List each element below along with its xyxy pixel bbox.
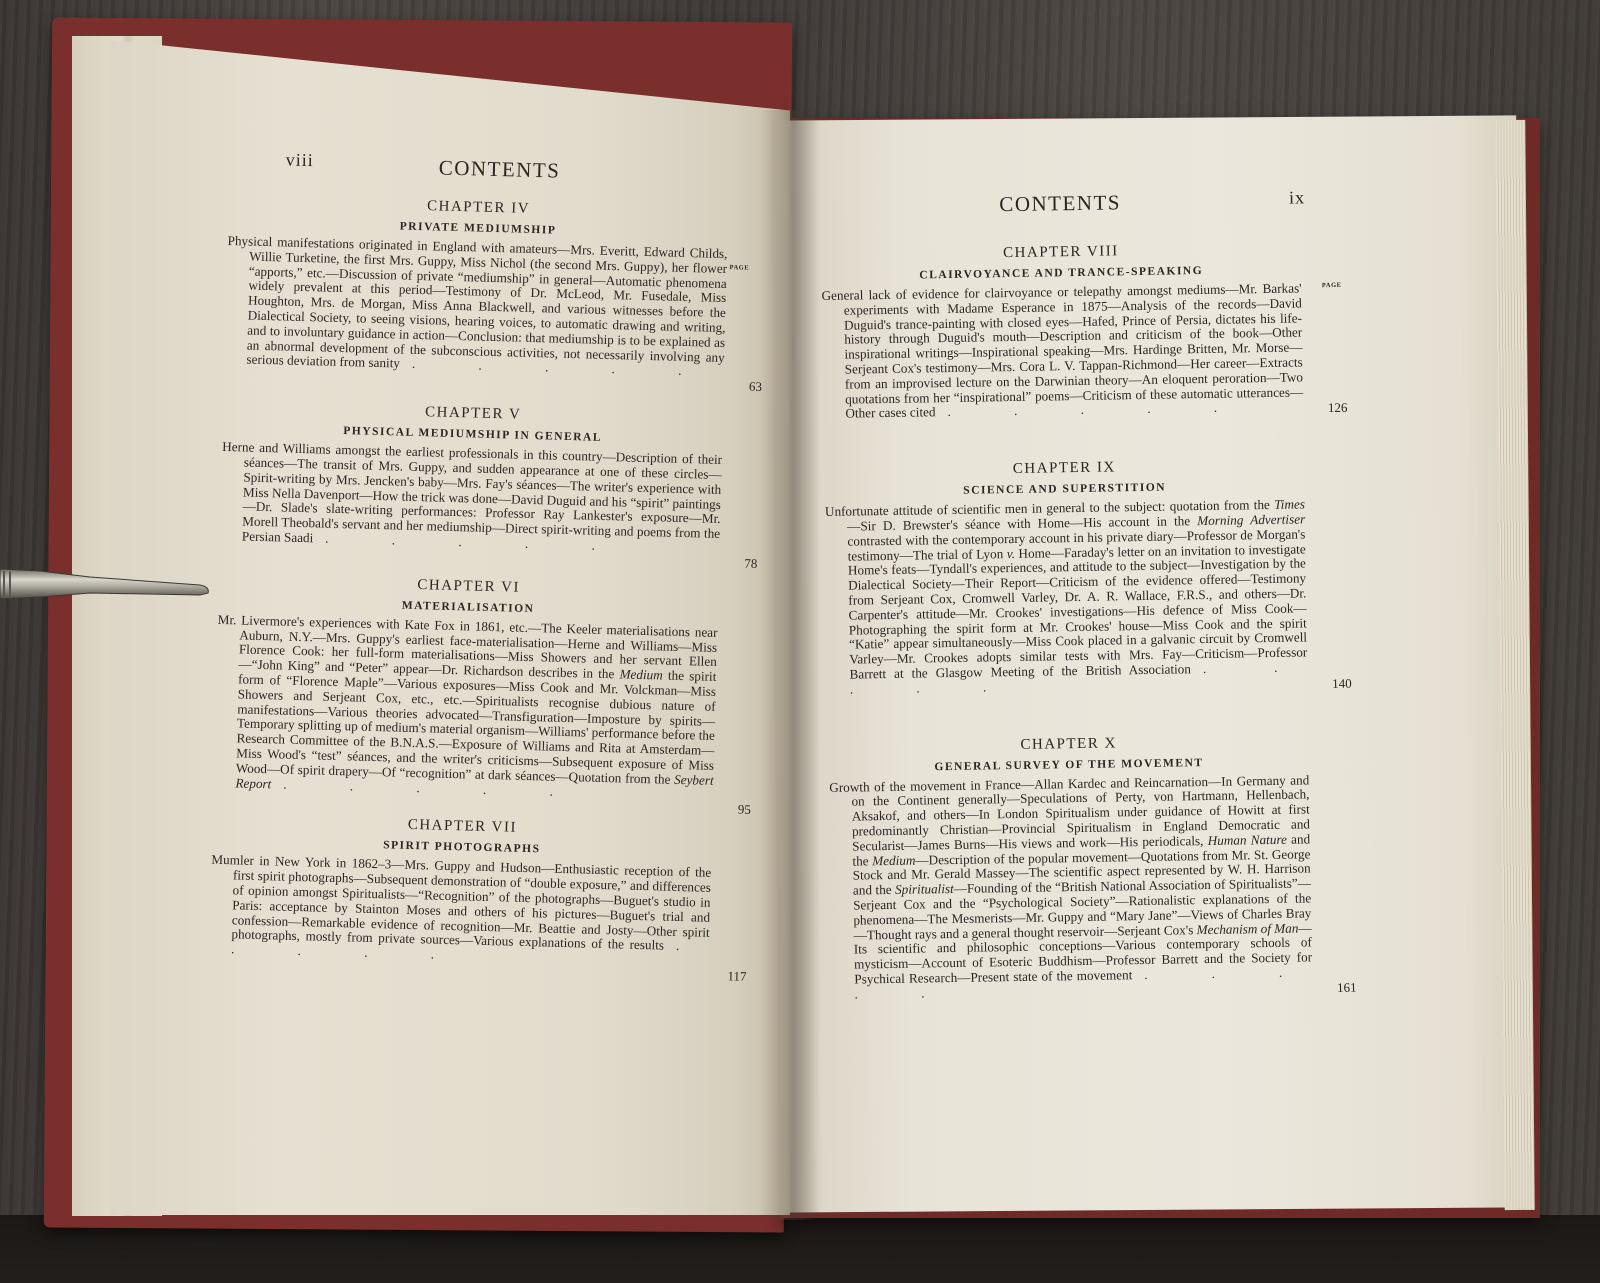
chapter-summary: Mr. Livermore's experiences with Kate Fo… [213,613,717,804]
page-number-left: viii [285,149,314,171]
chapter-number: CHAPTER X [829,732,1309,757]
chapter-entry: CHAPTER IV PRIVATE MEDIUMSHIP PAGE Physi… [224,193,728,380]
chapter-page-ref: 95 [738,802,751,818]
chapter-entry: CHAPTER V PHYSICAL MEDIUMSHIP IN GENERAL… [220,399,724,557]
chapter-entry: CHAPTER X GENERAL SURVEY OF THE MOVEMENT… [829,732,1313,1002]
chapter-entry: CHAPTER IX SCIENCE AND SUPERSTITION Unfo… [824,457,1308,698]
chapter-entry: CHAPTER VIII CLAIRVOYANCE AND TRANCE-SPE… [821,240,1304,422]
chapter-page-ref: 78 [744,555,757,571]
left-page-text: viii CONTENTS CHAPTER IV PRIVATE MEDIUMS… [208,150,730,992]
chapter-summary: Growth of the movement in France—Allan K… [829,773,1312,1002]
chapter-summary: General lack of evidence for clairvoyanc… [821,281,1303,422]
chapter-page-ref: 161 [1337,980,1357,996]
chapter-page-ref: 126 [1328,400,1348,416]
page-column-label: PAGE [729,264,749,272]
chapter-page-ref: 63 [749,379,762,395]
chapter-entry: CHAPTER VI MATERIALISATION Mr. Livermore… [213,572,719,804]
chapter-title: SCIENCE AND SUPERSTITION [825,480,1305,500]
chapter-summary: Unfortunate attitude of scientific men i… [825,498,1308,698]
right-page-text: ix CONTENTS CHAPTER VIII CLAIRVOYANCE AN… [820,187,1313,1024]
chapter-summary: Mumler in New York in 1862–3—Mrs. Guppy … [209,853,712,970]
page-column-label: PAGE [1322,282,1342,289]
chapter-page-ref: 117 [727,968,746,984]
chapter-title: GENERAL SURVEY OF THE MOVEMENT [829,755,1309,775]
chapter-summary: Herne and Williams amongst the earliest … [220,440,723,557]
chapter-page-ref: 140 [1332,675,1352,691]
page-number-right: ix [1289,187,1305,208]
chapter-number: CHAPTER IX [824,457,1304,482]
chapter-summary: Physical manifestations originated in En… [224,234,727,380]
letter-opener-icon [0,563,212,603]
chapter-title: CLAIRVOYANCE AND TRANCE-SPEAKING [821,263,1301,283]
chapter-entry: CHAPTER VII SPIRIT PHOTOGRAPHS Mumler in… [209,812,713,970]
book-gutter [760,110,820,1220]
chapter-number: CHAPTER VIII [821,240,1301,265]
